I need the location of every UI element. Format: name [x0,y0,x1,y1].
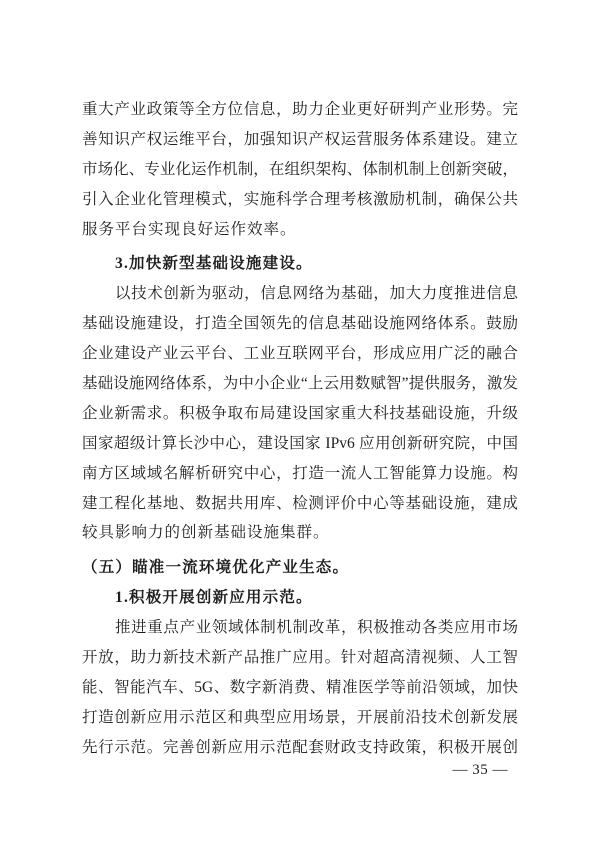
body-text-line: 推进重点产业领域体制机制改革，积极推动各类应用市场 [82,613,518,643]
body-text-line: 重大产业政策等全方位信息，助力企业更好研判产业形势。完 [82,95,518,125]
body-text-line: 企业新需求。积极争取布局建设国家重大科技基础设施，升级 [82,399,518,429]
document-page: 重大产业政策等全方位信息，助力企业更好研判产业形势。完善知识产权运维平台，加强知… [0,0,600,848]
body-text-line: 引入企业化管理模式，实施科学合理考核激励机制，确保公共 [82,185,518,215]
body-text-line: 善知识产权运维平台，加强知识产权运营服务体系建设。建立 [82,125,518,155]
page-number: — 35 — [453,762,509,779]
body-text-line: 以技术创新为驱动，信息网络为基础，加大力度推进信息 [82,279,518,309]
body-text-line: 打造创新应用示范区和典型应用场景，开展前沿技术创新发展 [82,703,518,733]
heading-line: 3.加快新型基础设施建设。 [82,249,518,279]
body-text-line: 服务平台实现良好运作效率。 [82,215,518,245]
body-text-line: 国家超级计算长沙中心，建设国家 IPv6 应用创新研究院，中国 [82,429,518,459]
body-text-line: 能、智能汽车、5G、数字新消费、精准医学等前沿领域，加快 [82,673,518,703]
body-text-line: 基础设施网络体系，为中小企业“上云用数赋智”提供服务，激发 [82,369,518,399]
body-text-line: 基础设施建设，打造全国领先的信息基础设施网络体系。鼓励 [82,309,518,339]
body-text-line: 市场化、专业化运作机制，在组织架构、体制机制上创新突破， [82,155,518,185]
body-text-line: 南方区域域名解析研究中心，打造一流人工智能算力设施。构 [82,459,518,489]
heading-line: （五）瞄准一流环境优化产业生态。 [82,553,518,583]
document-text: 重大产业政策等全方位信息，助力企业更好研判产业形势。完善知识产权运维平台，加强知… [82,95,518,763]
body-text-line: 开放，助力新技术新产品推广应用。针对超高清视频、人工智 [82,643,518,673]
heading-line: 1.积极开展创新应用示范。 [82,583,518,613]
body-text-line: 较具影响力的创新基础设施集群。 [82,518,518,548]
body-text-line: 建工程化基地、数据共用库、检测评价中心等基础设施，建成 [82,489,518,519]
body-text-line: 先行示范。完善创新应用示范配套财政支持政策，积极开展创 [82,733,518,763]
body-text-line: 企业建设产业云平台、工业互联网平台，形成应用广泛的融合 [82,339,518,369]
